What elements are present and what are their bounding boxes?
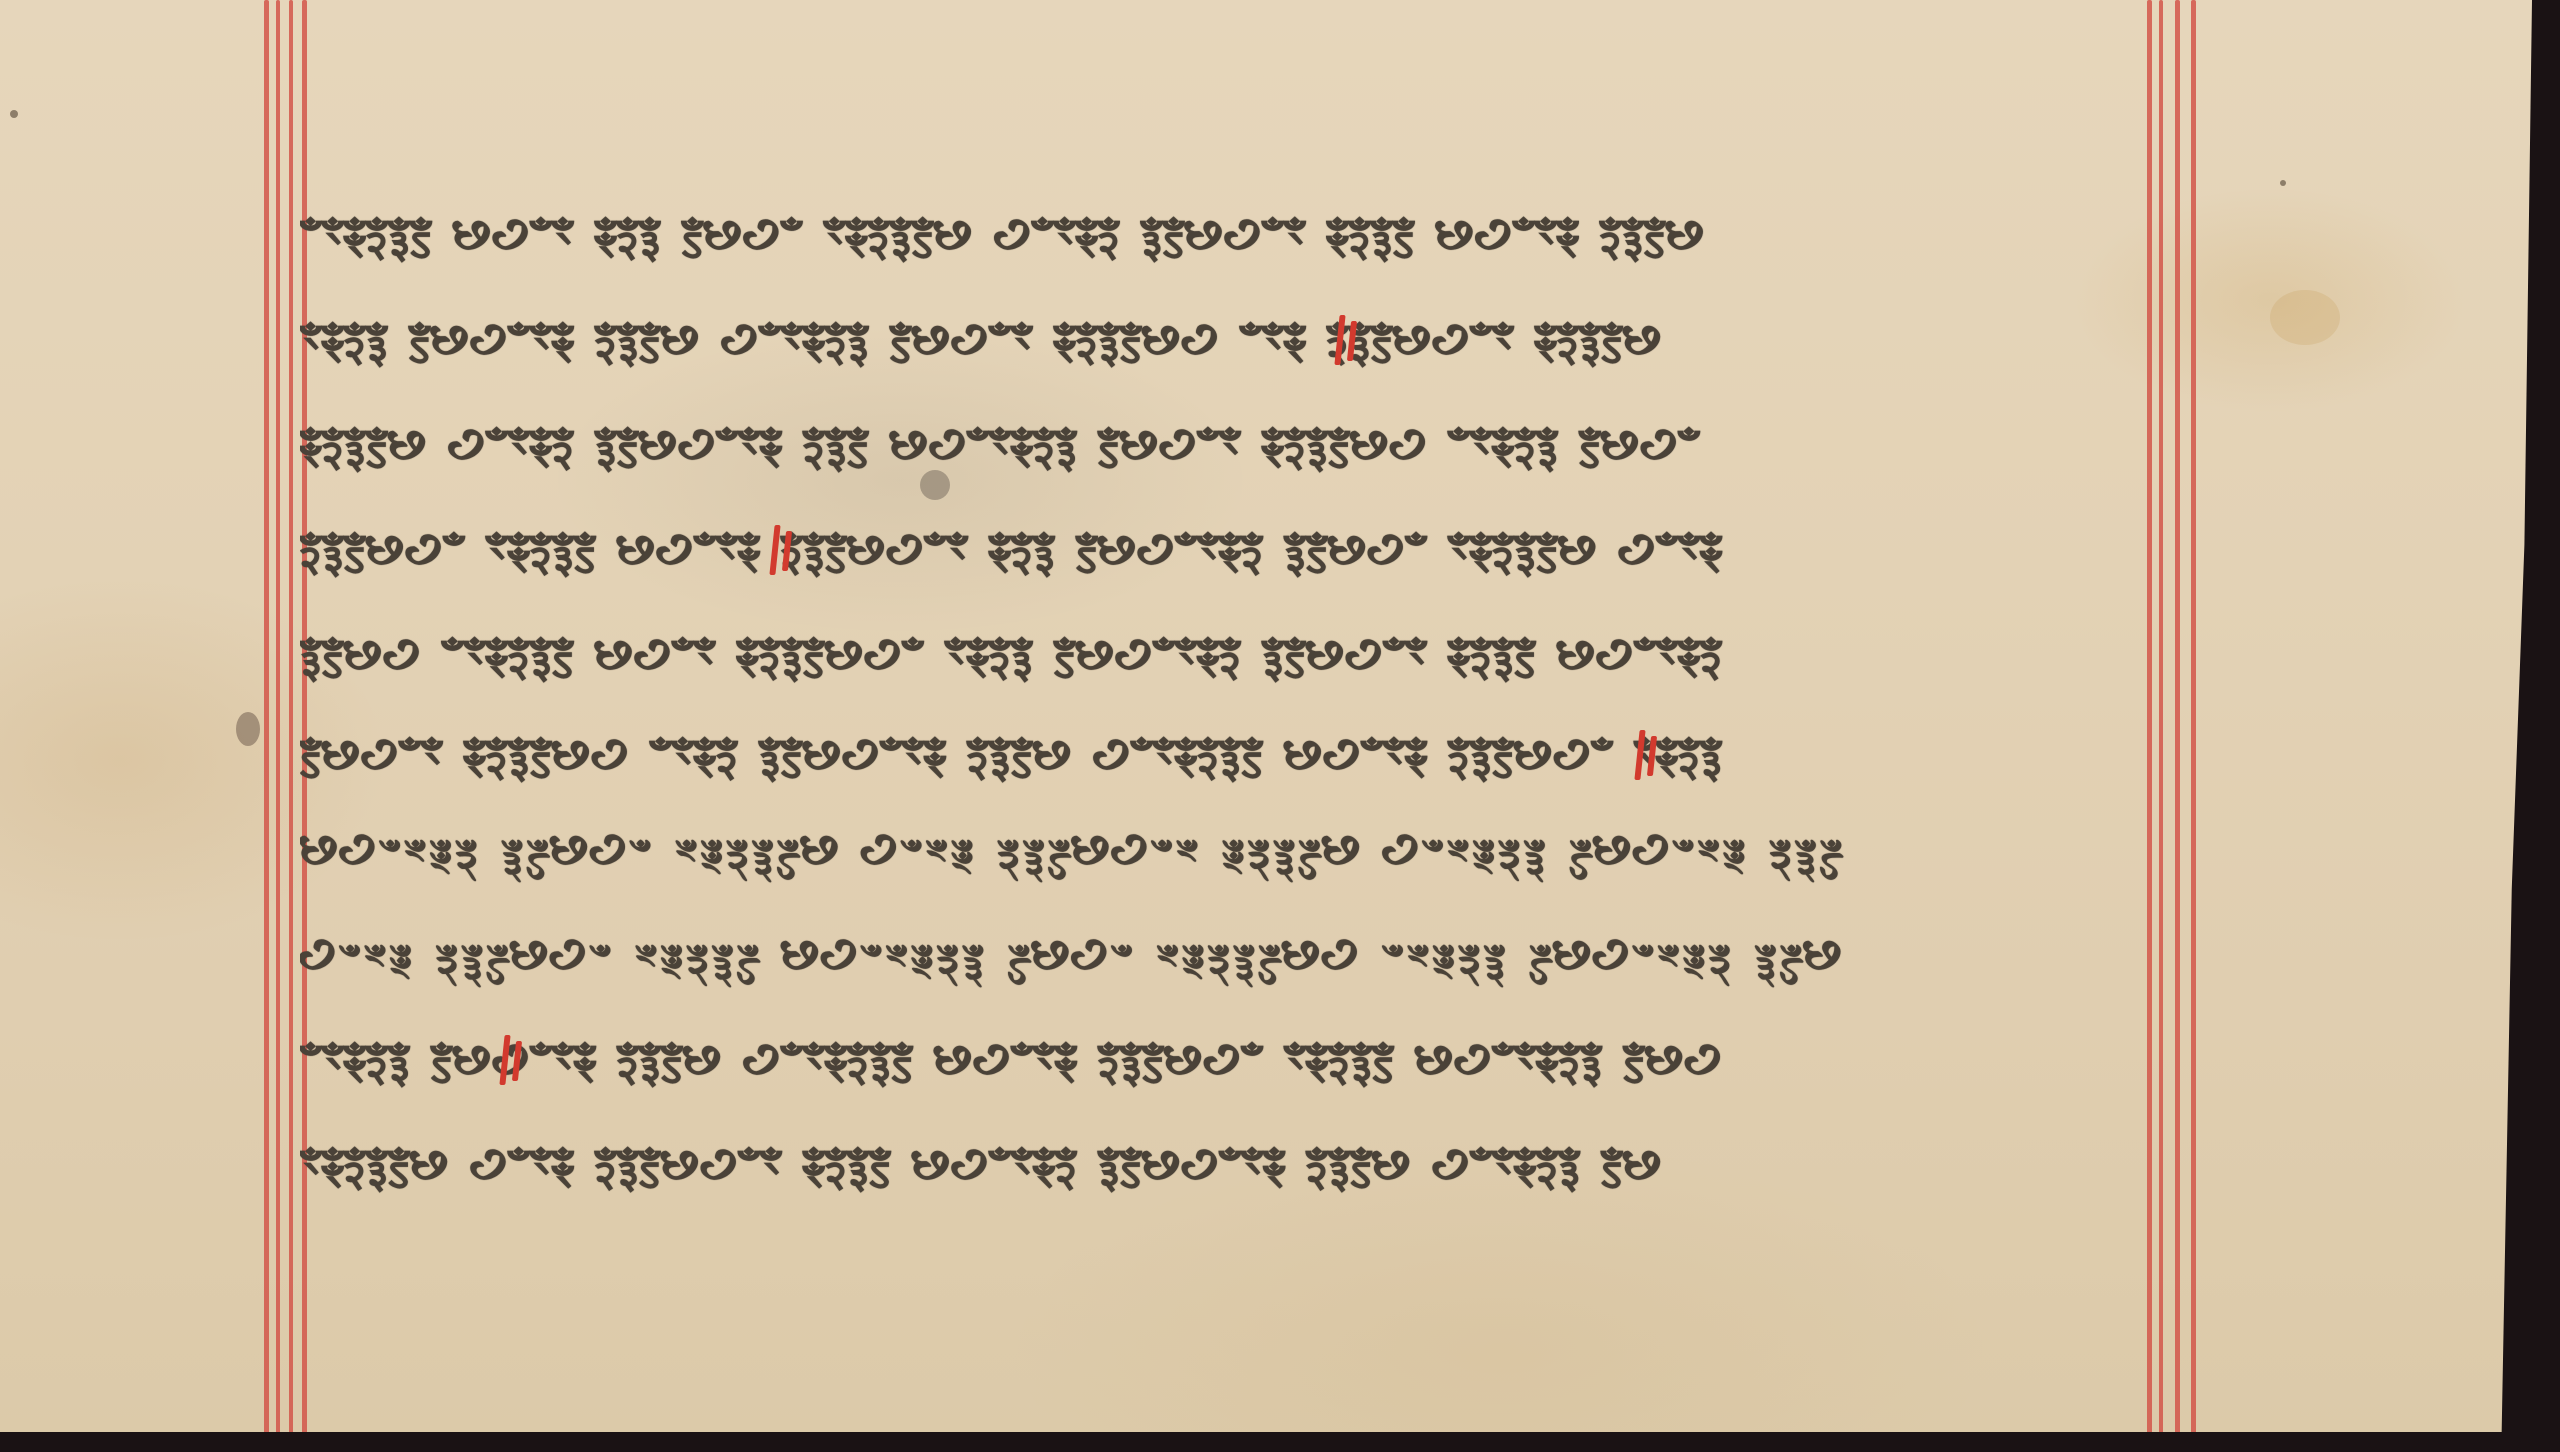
right-margin-ruling-line <box>2159 0 2163 1434</box>
line-text: ꣳꣴꣵꣶ ꣷ꣸꣹ꣲꣳꣴ ꣵꣶꣷ꣸ ꣹ꣲꣳꣴꣵꣶ ꣷ꣸꣹ꣲꣳ ꣴꣵꣶꣷ꣸꣹ ꣲꣳꣴ… <box>300 301 1663 381</box>
red-double-danda <box>1635 730 1657 782</box>
paper-stain <box>236 712 260 746</box>
text-line-7: ꣸꣹ꣲꣳꣴꣵ ꣶꣷ꣸꣹ꣲ ꣳꣴꣵꣶꣷ꣸ ꣹ꣲꣳꣴ ꣵꣶꣷ꣸꣹ꣲꣳ ꣴꣵꣶꣷ꣸ ꣹… <box>300 805 2145 891</box>
text-line-8: ꣹ꣲꣳꣴ ꣵꣶꣷ꣸꣹ꣲ ꣳꣴꣵꣶꣷ ꣸꣹ꣲꣳꣴꣵꣶ ꣷ꣸꣹ꣲ ꣳꣴꣵꣶꣷ꣸꣹ ꣲ… <box>300 910 2145 996</box>
red-double-danda <box>1335 315 1357 367</box>
line-text: ꣴꣵꣶꣷ꣸ ꣹ꣲꣳꣴꣵ ꣶꣷ꣸꣹ꣲꣳꣴ ꣵꣶꣷ ꣸꣹ꣲꣳꣴꣵꣶ ꣷ꣸꣹ꣲꣳ ꣴꣵ… <box>300 406 1700 486</box>
right-margin-ruling-line <box>2175 0 2180 1434</box>
line-text: ꣳꣴꣵꣶꣷ꣸ ꣹ꣲꣳꣴ ꣵꣶꣷ꣸꣹ꣲꣳ ꣴꣵꣶꣷ ꣸꣹ꣲꣳꣴꣵ ꣶꣷ꣸꣹ꣲꣳꣴ … <box>300 1126 1663 1206</box>
text-line-3: ꣴꣵꣶꣷ꣸ ꣹ꣲꣳꣴꣵ ꣶꣷ꣸꣹ꣲꣳꣴ ꣵꣶꣷ ꣸꣹ꣲꣳꣴꣵꣶ ꣷ꣸꣹ꣲꣳ ꣴꣵ… <box>300 400 2145 486</box>
paper-stain <box>2270 290 2340 345</box>
left-margin-ruling-line <box>289 0 293 1434</box>
paper-stain <box>2280 180 2286 186</box>
line-text: ꣲꣳꣴꣵꣶꣷ ꣸꣹ꣲꣳ ꣴꣵꣶ ꣷ꣸꣹ꣲ ꣳꣴꣵꣶꣷ꣸ ꣹ꣲꣳꣴꣵ ꣶꣷ꣸꣹ꣲꣳ… <box>300 196 1706 276</box>
manuscript-photo: ꣲꣳꣴꣵꣶꣷ ꣸꣹ꣲꣳ ꣴꣵꣶ ꣷ꣸꣹ꣲ ꣳꣴꣵꣶꣷ꣸ ꣹ꣲꣳꣴꣵ ꣶꣷ꣸꣹ꣲꣳ… <box>0 0 2560 1452</box>
text-line-2: ꣳꣴꣵꣶ ꣷ꣸꣹ꣲꣳꣴ ꣵꣶꣷ꣸ ꣹ꣲꣳꣴꣵꣶ ꣷ꣸꣹ꣲꣳ ꣴꣵꣶꣷ꣸꣹ ꣲꣳꣴ… <box>300 295 2145 381</box>
left-margin-ruling-line <box>276 0 280 1434</box>
text-line-1: ꣲꣳꣴꣵꣶꣷ ꣸꣹ꣲꣳ ꣴꣵꣶ ꣷ꣸꣹ꣲ ꣳꣴꣵꣶꣷ꣸ ꣹ꣲꣳꣴꣵ ꣶꣷ꣸꣹ꣲꣳ… <box>300 190 2145 276</box>
manuscript-folio: ꣲꣳꣴꣵꣶꣷ ꣸꣹ꣲꣳ ꣴꣵꣶ ꣷ꣸꣹ꣲ ꣳꣴꣵꣶꣷ꣸ ꣹ꣲꣳꣴꣵ ꣶꣷ꣸꣹ꣲꣳ… <box>0 0 2532 1434</box>
right-margin-ruling-line <box>2147 0 2152 1434</box>
text-line-9: ꣲꣳꣴꣵꣶ ꣷ꣸꣹ꣲꣳꣴ ꣵꣶꣷ꣸ ꣹ꣲꣳꣴꣵꣶꣷ ꣸꣹ꣲꣳꣴ ꣵꣶꣷ꣸꣹ꣲ ꣳ… <box>300 1015 2145 1101</box>
red-double-danda <box>500 1035 522 1087</box>
text-line-5: ꣶꣷ꣸꣹ ꣲꣳꣴꣵꣶꣷ ꣸꣹ꣲꣳ ꣴꣵꣶꣷ꣸꣹ꣲ ꣳꣴꣵꣶ ꣷ꣸꣹ꣲꣳꣴꣵ ꣶꣷ… <box>300 610 2145 696</box>
background-strip <box>0 1432 2560 1452</box>
right-margin-ruling-line <box>2191 0 2196 1434</box>
line-text: ꣶꣷ꣸꣹ ꣲꣳꣴꣵꣶꣷ ꣸꣹ꣲꣳ ꣴꣵꣶꣷ꣸꣹ꣲ ꣳꣴꣵꣶ ꣷ꣸꣹ꣲꣳꣴꣵ ꣶꣷ… <box>300 616 1723 696</box>
text-line-10: ꣳꣴꣵꣶꣷ꣸ ꣹ꣲꣳꣴ ꣵꣶꣷ꣸꣹ꣲꣳ ꣴꣵꣶꣷ ꣸꣹ꣲꣳꣴꣵ ꣶꣷ꣸꣹ꣲꣳꣴ … <box>300 1120 2145 1206</box>
text-line-6: ꣷ꣸꣹ꣲꣳ ꣴꣵꣶꣷ꣸꣹ ꣲꣳꣴꣵ ꣶꣷ꣸꣹ꣲꣳꣴ ꣵꣶꣷ꣸ ꣹ꣲꣳꣴꣵꣶꣷ ꣸… <box>300 710 2145 796</box>
red-double-danda <box>770 525 792 577</box>
line-text: ꣷ꣸꣹ꣲꣳ ꣴꣵꣶꣷ꣸꣹ ꣲꣳꣴꣵ ꣶꣷ꣸꣹ꣲꣳꣴ ꣵꣶꣷ꣸ ꣹ꣲꣳꣴꣵꣶꣷ ꣸… <box>300 716 1723 796</box>
paper-stain <box>10 110 18 118</box>
text-line-4: ꣵꣶꣷ꣸꣹ꣲ ꣳꣴꣵꣶꣷ ꣸꣹ꣲꣳꣴ ꣵꣶꣷ꣸꣹ꣲꣳ ꣴꣵꣶ ꣷ꣸꣹ꣲꣳꣴꣵ ꣶ… <box>300 505 2145 591</box>
line-text: ꣹ꣲꣳꣴ ꣵꣶꣷ꣸꣹ꣲ ꣳꣴꣵꣶꣷ ꣸꣹ꣲꣳꣴꣵꣶ ꣷ꣸꣹ꣲ ꣳꣴꣵꣶꣷ꣸꣹ ꣲ… <box>300 916 1844 996</box>
line-text: ꣵꣶꣷ꣸꣹ꣲ ꣳꣴꣵꣶꣷ ꣸꣹ꣲꣳꣴ ꣵꣶꣷ꣸꣹ꣲꣳ ꣴꣵꣶ ꣷ꣸꣹ꣲꣳꣴꣵ ꣶ… <box>300 511 1723 591</box>
left-margin-ruling-line <box>264 0 269 1434</box>
line-text: ꣸꣹ꣲꣳꣴꣵ ꣶꣷ꣸꣹ꣲ ꣳꣴꣵꣶꣷ꣸ ꣹ꣲꣳꣴ ꣵꣶꣷ꣸꣹ꣲꣳ ꣴꣵꣶꣷ꣸ ꣹… <box>300 811 1844 891</box>
